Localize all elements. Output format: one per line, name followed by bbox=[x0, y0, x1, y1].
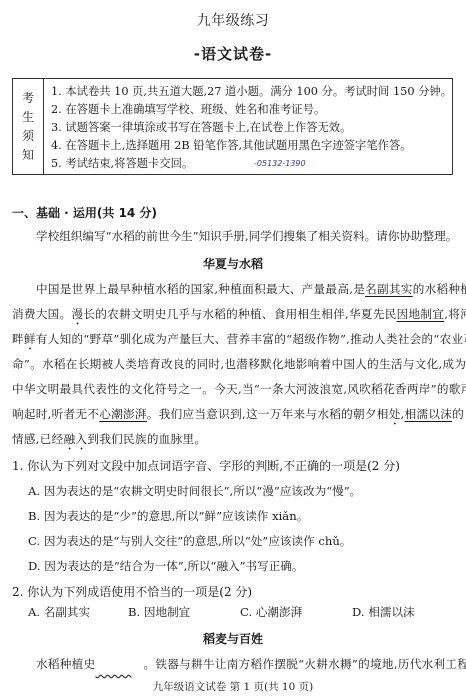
article-title: 华夏与水稻 bbox=[0, 255, 466, 272]
question-2-option-a: A. 名副其实 bbox=[28, 604, 90, 620]
text-span: 有人知的“野草”驯化成为产量巨大、营养丰富的“超级作物”,推动人类社会的“农业革 bbox=[36, 332, 466, 346]
fill-in-blank bbox=[95, 661, 143, 671]
paragraph-line: 中国是世界上最早种植水稻的国家,种植面积最大、产量最高,是名副其实的水稻种植、 bbox=[36, 281, 466, 297]
question-1-option-b: B. 因为表达的是“少”的意思,所以“鲜”应该读作 xiǎn。 bbox=[28, 508, 308, 524]
question-2-option-c: C. 心潮澎湃 bbox=[240, 604, 302, 620]
question-2-stem: 2. 你认为下列成语使用不恰当的一项是(2 分) bbox=[12, 583, 252, 600]
underlined-idiom: 心潮澎湃 bbox=[99, 407, 147, 421]
question-1-option-d: D. 因为表达的是“结合为一体”,所以“融入”书写正确。 bbox=[28, 558, 304, 574]
paragraph-line: 水稻种植史 。铁器与耕牛让南方稻作摆脱“火耕水耨”的境地,历代水利工程 bbox=[36, 656, 466, 672]
article-title: 稻麦与百姓 bbox=[0, 630, 466, 647]
notice-item: 2. 在答题卡上准确填写学校、班级、姓名和准考证号。 bbox=[51, 101, 452, 119]
question-1-option-c: C. 因为表达的是“与别人交往”的意思,所以“处”应该读作 chǔ。 bbox=[28, 533, 351, 549]
underlined-idiom: 名副其实 bbox=[365, 282, 413, 296]
notice-items: 1. 本试卷共 10 页,共五道大题,27 道小题。满分 100 分。考试时间 … bbox=[44, 79, 452, 174]
notice-item: 1. 本试卷共 10 页,共五道大题,27 道小题。满分 100 分。考试时间 … bbox=[51, 83, 452, 101]
exam-page: 九年级练习 -语文试卷- 考 生 须 知 1. 本试卷共 10 页,共五道大题,… bbox=[0, 0, 466, 699]
paragraph-line: 命”。水稻在长期被人类培育改良的同时,也潜移默化地影响着中国人的生活与文化,成为 bbox=[12, 356, 466, 372]
text-span: 中国是世界上最早种植水稻的国家,种植面积最大、产量最高,是 bbox=[36, 282, 365, 296]
text-span: 。我们应当意识到,这一万年来与水稻的朝夕相 bbox=[147, 407, 389, 421]
notice-label: 考 生 须 知 bbox=[13, 79, 44, 174]
text-span: 到我们民族的血脉里。 bbox=[87, 432, 206, 446]
text-span: 响起时,听者无不 bbox=[12, 407, 99, 421]
paragraph-line: 畔鲜有人知的“野草”驯化成为产量巨大、营养丰富的“超级作物”,推动人类社会的“农… bbox=[12, 331, 466, 353]
question-1-stem: 1. 你认为下列对文段中加点词语字音、字形的判断,不正确的一项是(2 分) bbox=[12, 457, 400, 474]
handwritten-note: -05132-1390 bbox=[254, 155, 306, 173]
underlined-idiom: 因地制宜 bbox=[397, 307, 445, 321]
paragraph-line: 消费大国。漫长的农耕文明史几乎与水稻的种植、食用相生相伴,华夏先民因地制宜,将河 bbox=[12, 306, 466, 328]
text-span: 的水稻种植、 bbox=[413, 282, 466, 296]
dotted-character: 漫 bbox=[71, 307, 83, 321]
section-intro: 学校组织编写“水稻的前世今生”知识手册,同学们搜集了相关资料。请你协助整理。 bbox=[36, 228, 457, 244]
dotted-character: 鲜 bbox=[24, 332, 36, 346]
notice-item: 5. 考试结束,将答题卡交回。 -05132-1390 bbox=[51, 155, 452, 173]
text-span: 。铁器与耕牛让南方稻作摆脱“火耕水耨”的境地,历代水利工程 bbox=[143, 657, 466, 671]
paragraph-line: 响起时,听者无不心潮澎湃。我们应当意识到,这一万年来与水稻的朝夕相处,相濡以沫的 bbox=[12, 406, 464, 428]
underlined-idiom: 相濡以沫 bbox=[405, 407, 453, 421]
paragraph-line: 中华文明最具代表性的文化符号之一。今天,当“一条大河波浪宽,风吹稻花香两岸”的歌… bbox=[12, 381, 466, 397]
text-span: 消费大国。 bbox=[12, 307, 71, 321]
paragraph-line: 情感,已经融入到我们民族的血脉里。 bbox=[12, 431, 206, 453]
text-span: ,将河 bbox=[444, 307, 466, 321]
notice-label-char: 考 bbox=[22, 89, 34, 108]
text-span: 长的农耕文明史几乎与水稻的种植、食用相生相伴,华夏先民 bbox=[83, 307, 396, 321]
notice-label-char: 须 bbox=[22, 127, 34, 146]
section-heading: 一、基础 · 运用(共 14 分) bbox=[12, 204, 157, 221]
question-1-option-a: A. 因为表达的是“农耕文明史时间很长”,所以“漫”应该改为“慢”。 bbox=[28, 483, 361, 499]
page-footer: 九年级语文试卷 第 1 页(共 10 页) bbox=[0, 679, 466, 694]
notice-item: 4. 在答题卡上,选择题用 2B 铅笔作答,其他试题用黑色字迹签字笔作答。 bbox=[51, 137, 452, 155]
dotted-word: 融入 bbox=[64, 432, 88, 446]
exam-subtitle: -语文试卷- bbox=[0, 43, 466, 64]
dotted-character: 处 bbox=[389, 407, 401, 421]
text-span: 情感,已经 bbox=[12, 432, 64, 446]
text-span: 的 bbox=[452, 407, 464, 421]
notice-label-char: 知 bbox=[22, 146, 34, 165]
exam-title: 九年级练习 bbox=[0, 10, 466, 30]
text-span: 畔 bbox=[12, 332, 24, 346]
text-span: 水稻种植史 bbox=[36, 657, 95, 671]
candidate-notice-box: 考 生 须 知 1. 本试卷共 10 页,共五道大题,27 道小题。满分 100… bbox=[12, 78, 453, 175]
notice-item-text: 5. 考试结束,将答题卡交回。 bbox=[51, 157, 193, 170]
notice-item: 3. 试题答案一律填涂或书写在答题卡上,在试卷上作答无效。 bbox=[51, 119, 452, 137]
notice-label-char: 生 bbox=[22, 108, 34, 127]
question-2-option-d: D. 相濡以沫 bbox=[352, 604, 415, 620]
question-2-option-b: B. 因地制宜 bbox=[128, 604, 190, 620]
